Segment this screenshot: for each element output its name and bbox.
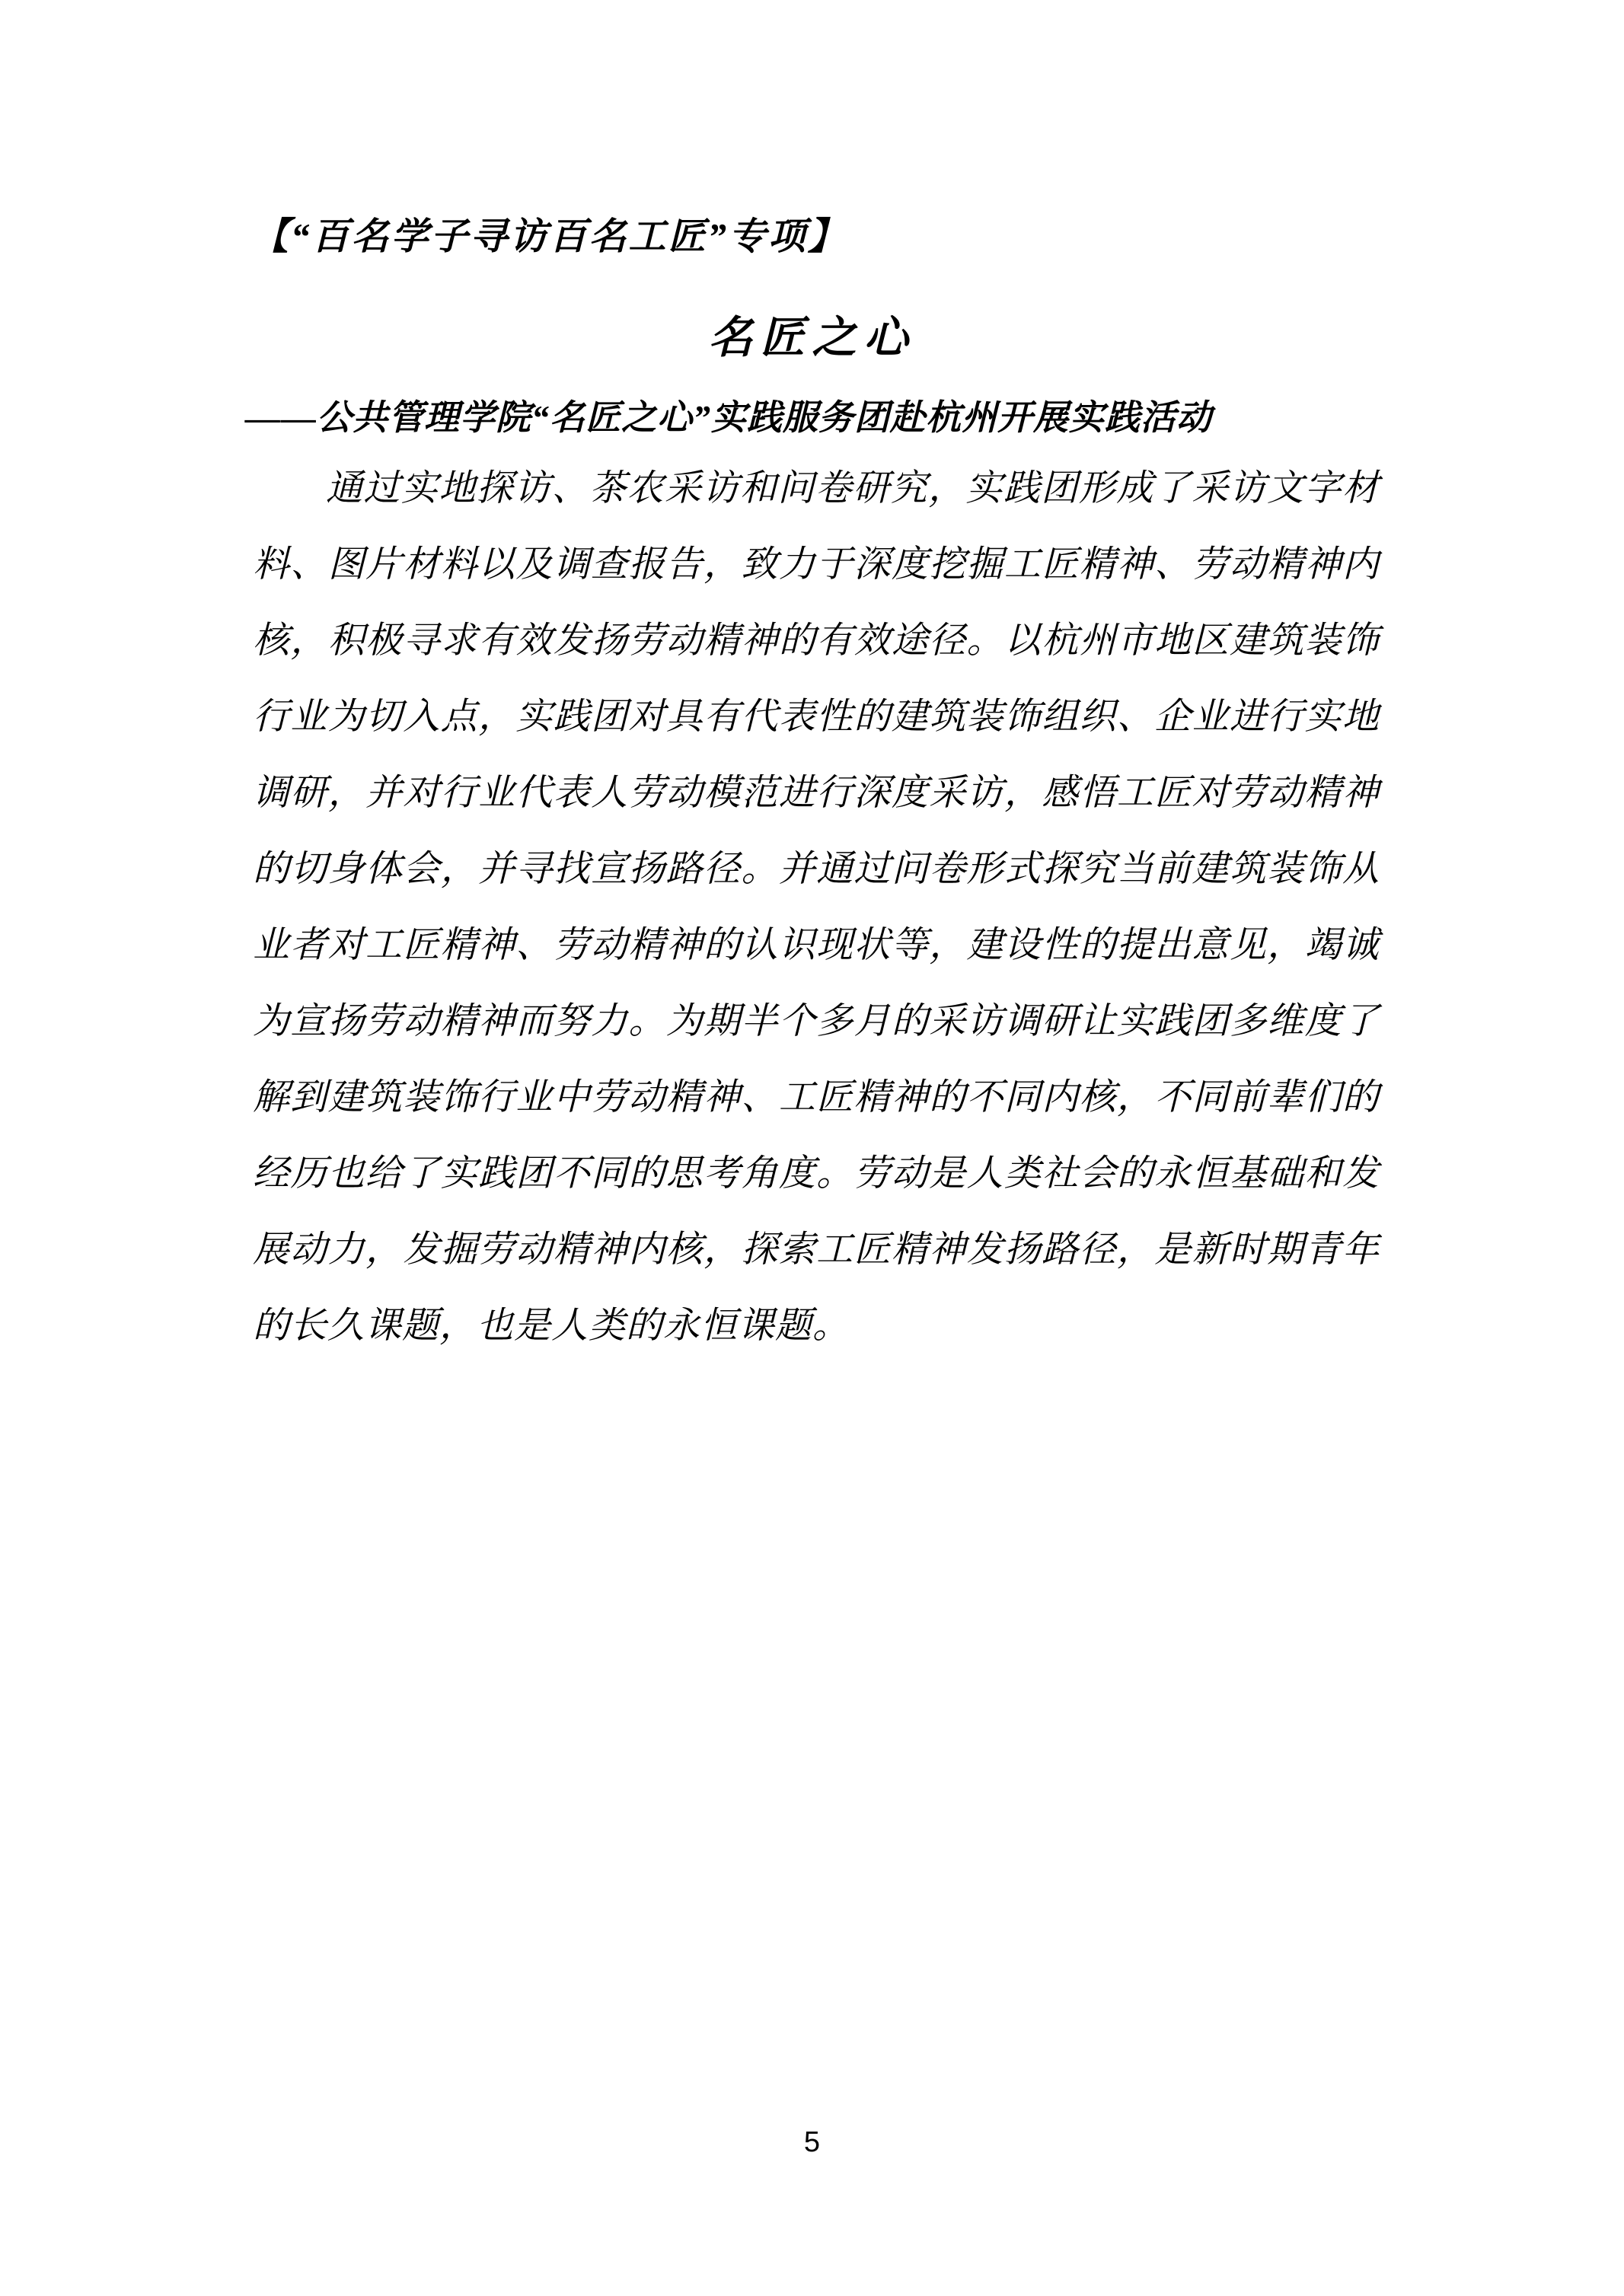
- page-number: 5: [0, 2126, 1624, 2159]
- body-paragraph: 通过实地探访、茶农采访和问卷研究，实践团形成了采访文字材料、图片材料以及调查报告…: [253, 451, 1380, 1364]
- page-title: 名匠之心: [0, 301, 1624, 365]
- page-subtitle: ——公共管理学院“名匠之心”实践服务团赴杭州开展实践活动: [245, 390, 1212, 440]
- topic-tag: 【“百名学子寻访百名工匠”专项】: [251, 207, 847, 260]
- document-page: 【“百名学子寻访百名工匠”专项】 名匠之心 ——公共管理学院“名匠之心”实践服务…: [0, 0, 1624, 2296]
